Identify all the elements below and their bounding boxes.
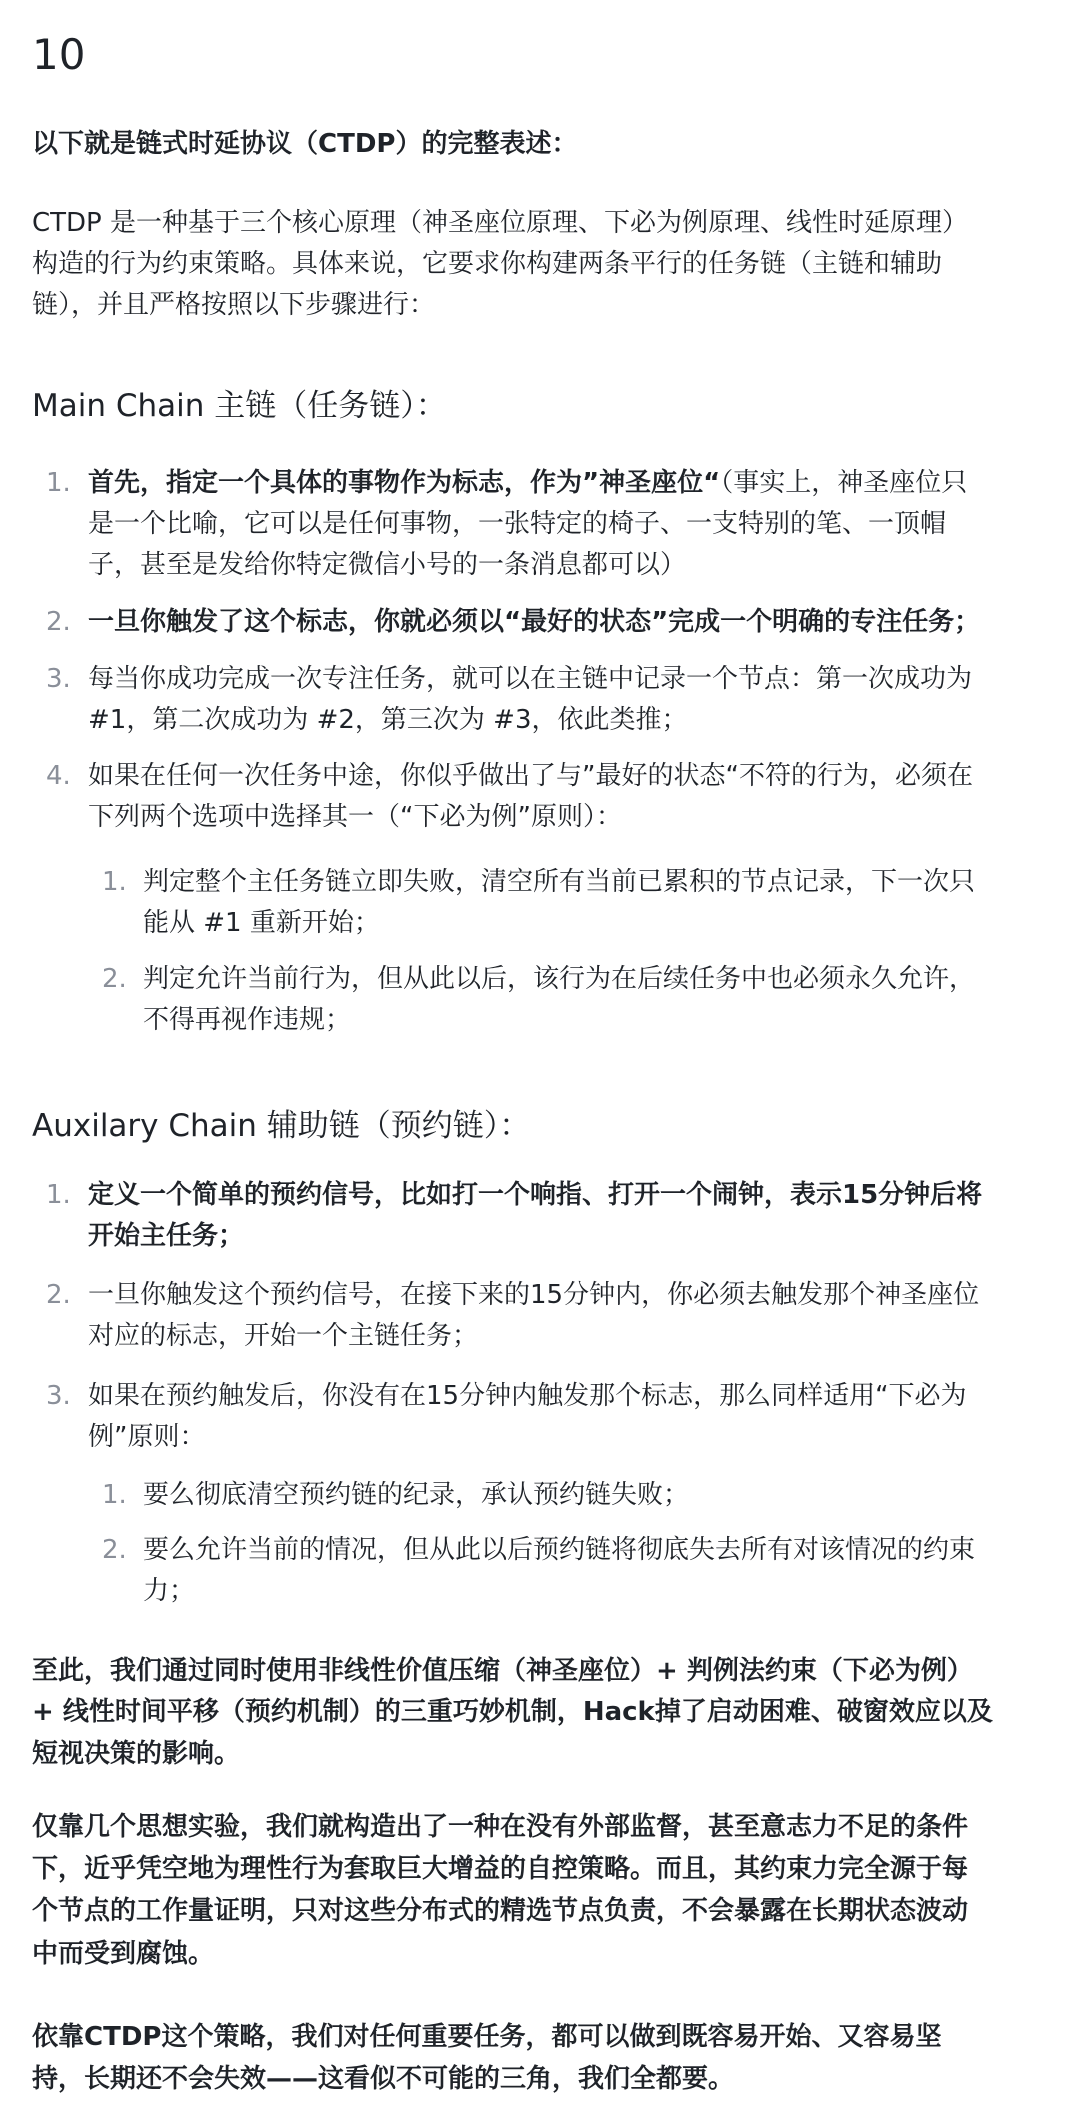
sub-list-line: 不得再视作违规；	[143, 1000, 351, 1040]
list-item-line: 下列两个选项中选择其一（“下必为例”原则）：	[88, 797, 622, 837]
main-chain-heading: Main Chain 主链（任务链）：	[32, 384, 447, 428]
sub-list-line: 判定整个主任务链立即失败，清空所有当前已累积的节点记录，下一次只	[143, 862, 975, 902]
bold-text: 首先，指定一个具体的事物作为标志，作为”神圣座位“	[88, 468, 720, 498]
normal-text: （事实上，神圣座位只	[720, 468, 967, 498]
paragraph-line: 短视决策的影响。	[32, 1734, 240, 1774]
paragraph-line: 持，长期还不会失效——这看似不可能的三角，我们全都要。	[32, 2059, 734, 2099]
list-item-line: 定义一个简单的预约信号，比如打一个响指、打开一个闹钟，表示15分钟后将	[88, 1175, 982, 1215]
aux-chain-heading: Auxilary Chain 辅助链（预约链）：	[32, 1104, 530, 1148]
list-item-line: 首先，指定一个具体的事物作为标志，作为”神圣座位“（事实上，神圣座位只	[88, 463, 967, 503]
list-item-line: 开始主任务；	[88, 1216, 244, 1256]
sub-list-marker: 1.	[102, 862, 127, 902]
list-item-line: 是一个比喻，它可以是任何事物，一张特定的椅子、一支特别的笔、一顶帽	[88, 504, 946, 544]
page-number-title: 10	[32, 30, 85, 80]
sub-list-marker: 2.	[102, 1530, 127, 1570]
sub-list-line: 判定允许当前行为，但从此以后，该行为在后续任务中也必须永久允许，	[143, 959, 975, 999]
list-marker: 3.	[46, 1376, 71, 1416]
sub-list-marker: 1.	[102, 1475, 127, 1515]
list-marker: 4.	[46, 756, 71, 796]
list-marker: 1.	[46, 463, 71, 503]
sub-list-line: 要么允许当前的情况，但从此以后预约链将彻底失去所有对该情况的约束	[143, 1530, 975, 1570]
list-marker: 1.	[46, 1175, 71, 1215]
paragraph-line: CTDP 是一种基于三个核心原理（神圣座位原理、下必为例原理、线性时延原理）	[32, 203, 968, 243]
list-marker: 3.	[46, 659, 71, 699]
sub-list-marker: 2.	[102, 959, 127, 999]
paragraph-line: 至此，我们通过同时使用非线性价值压缩（神圣座位）+ 判例法约束（下必为例）	[32, 1651, 973, 1691]
paragraph-line: 个节点的工作量证明，只对这些分布式的精选节点负责，不会暴露在长期状态波动	[32, 1891, 968, 1931]
list-marker: 2.	[46, 1275, 71, 1315]
list-item-line: 一旦你触发这个预约信号，在接下来的15分钟内，你必须去触发那个神圣座位	[88, 1275, 979, 1315]
paragraph-line: 仅靠几个思想实验，我们就构造出了一种在没有外部监督，甚至意志力不足的条件	[32, 1807, 968, 1847]
list-item-line: 每当你成功完成一次专注任务，就可以在主链中记录一个节点：第一次成功为	[88, 659, 972, 699]
list-item-line: 子，甚至是发给你特定微信小号的一条消息都可以）	[88, 545, 686, 585]
sub-list-line: 能从 #1 重新开始；	[143, 903, 380, 943]
paragraph-line: 下，近乎凭空地为理性行为套取巨大增益的自控策略。而且，其约束力完全源于每	[32, 1849, 968, 1889]
intro-heading: 以下就是链式时延协议（CTDP）的完整表述：	[32, 124, 577, 164]
list-item-line: 对应的标志，开始一个主链任务；	[88, 1316, 478, 1356]
paragraph-line: 中而受到腐蚀。	[32, 1934, 214, 1974]
sub-list-line: 力；	[143, 1571, 195, 1611]
list-item-line: 如果在任何一次任务中途，你似乎做出了与”最好的状态“不符的行为，必须在	[88, 756, 973, 796]
list-item-line: 一旦你触发了这个标志，你就必须以“最好的状态”完成一个明确的专注任务；	[88, 602, 980, 642]
list-item-line: 例”原则：	[88, 1417, 205, 1457]
paragraph-line: 构造的行为约束策略。具体来说，它要求你构建两条平行的任务链（主链和辅助	[32, 244, 942, 284]
list-marker: 2.	[46, 602, 71, 642]
paragraph-line: + 线性时间平移（预约机制）的三重巧妙机制，Hack掉了启动困难、破窗效应以及	[32, 1692, 993, 1732]
paragraph-line: 依靠CTDP这个策略，我们对任何重要任务，都可以做到既容易开始、又容易坚	[32, 2017, 941, 2057]
paragraph-line: 链），并且严格按照以下步骤进行：	[32, 285, 435, 325]
sub-list-line: 要么彻底清空预约链的纪录，承认预约链失败；	[143, 1475, 689, 1515]
list-item-line: 如果在预约触发后，你没有在15分钟内触发那个标志，那么同样适用“下必为	[88, 1376, 967, 1416]
list-item-line: #1，第二次成功为 #2，第三次为 #3，依此类推；	[88, 700, 688, 740]
